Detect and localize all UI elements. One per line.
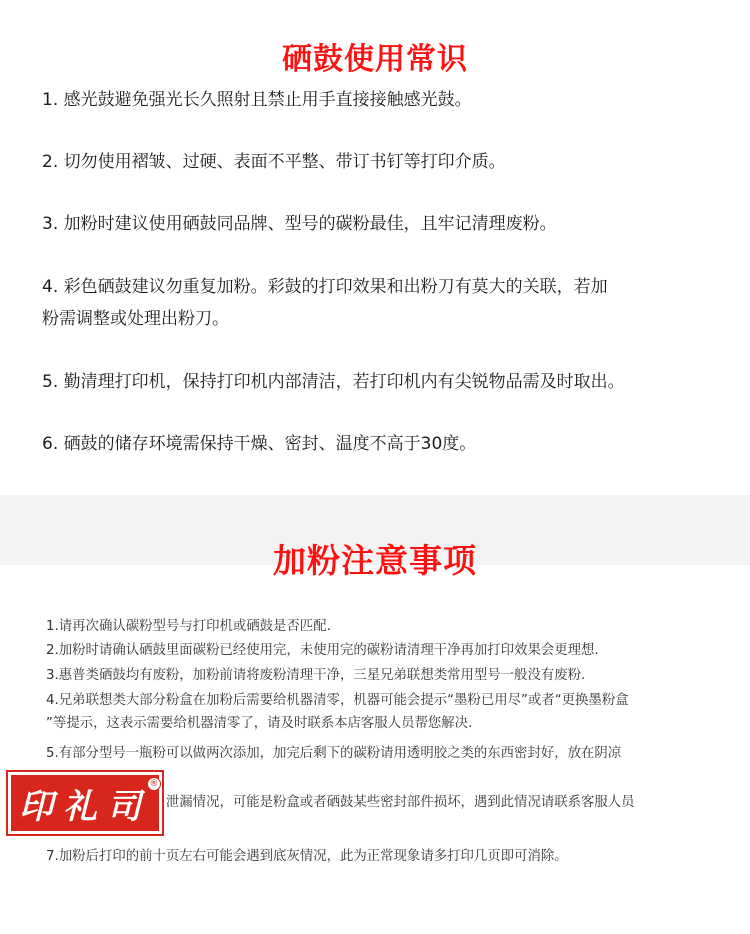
list-item: 4. 彩色硒鼓建议勿重复加粉。彩鼓的打印效果和出粉刀有莫大的关联，若加 粉需调整… [42,271,682,335]
list-item: 1.请再次确认碳粉型号与打印机或硒鼓是否匹配. [46,615,331,638]
list-item: 6. 硒鼓的储存环境需保持干燥、密封、温度不高于30度。 [42,428,682,460]
section-title-drum-usage: 硒鼓使用常识 [0,34,750,78]
list-item: 3. 加粉时建议使用硒鼓同品牌、型号的碳粉最佳，且牢记清理废粉。 [42,208,682,240]
list-item: 3.惠普类硒鼓均有废粉，加粉前请将废粉清理干净，三星兄弟联想类常用型号一般没有废… [46,664,585,687]
list-item: 4.兄弟联想类大部分粉盒在加粉后需要给机器清零，机器可能会提示“墨粉已用尽”或者… [46,689,629,735]
list-item: 5. 勤清理打印机，保持打印机内部清洁，若打印机内有尖锐物品需及时取出。 [42,366,682,398]
section-title-toner-refill-notes: 加粉注意事项 [0,535,750,582]
list-item: 2. 切勿使用褶皱、过硬、表面不平整、带订书钉等打印介质。 [42,146,682,178]
brand-logo-text: 印礼司 [19,779,151,828]
list-item: 2.加粉时请确认硒鼓里面碳粉已经使用完，未使用完的碳粉请清理干净再加打印效果会更… [46,639,599,662]
registered-trademark-icon: ® [147,777,161,791]
list-item: 1. 感光鼓避免强光长久照射且禁止用手直接接触感光鼓。 [42,84,682,116]
brand-watermark-stamp: 印礼司 ® [8,772,162,834]
list-item: 7.加粉后打印的前十页左右可能会遇到底灰情况，此为正常现象请多打印几页即可消除。 [46,845,568,868]
